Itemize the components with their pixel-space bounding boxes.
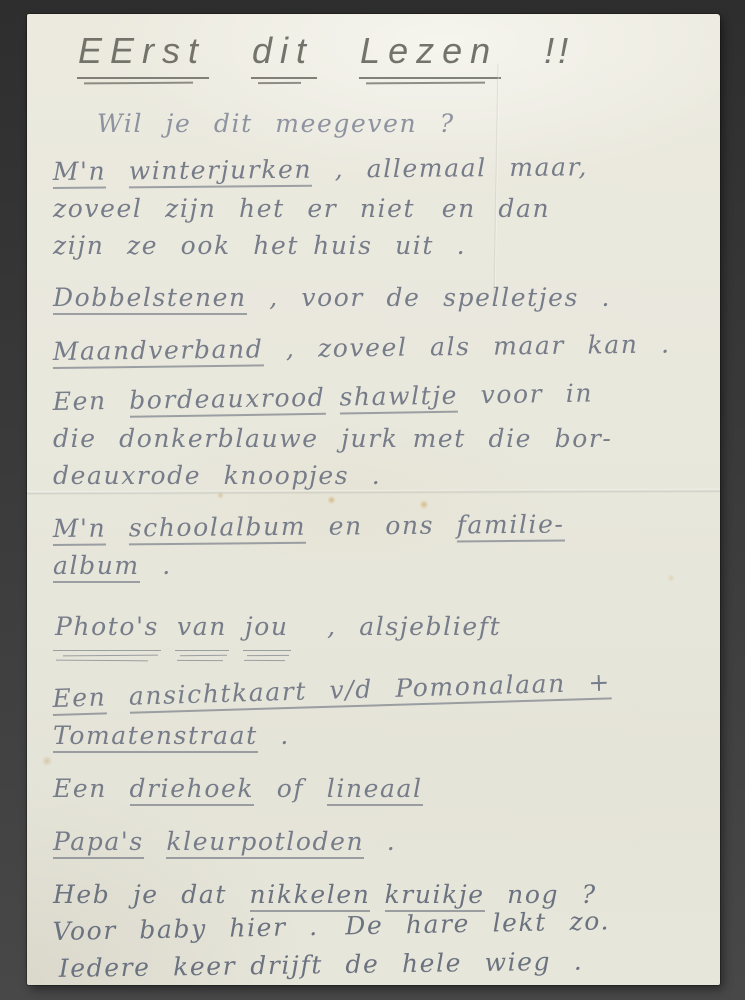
underlined-text: Een bbox=[52, 682, 107, 716]
underlined-text: schoolalbum bbox=[129, 512, 307, 546]
handwritten-line: album . bbox=[53, 547, 700, 584]
text-segment: . bbox=[258, 721, 290, 750]
underlined-text: kleurpotloden bbox=[166, 827, 364, 859]
paragraph: M'n schoolalbum en ons familie-album . bbox=[53, 510, 700, 584]
paragraph: Photo'svanjou , alsjeblieft bbox=[53, 607, 700, 651]
underlined-text: driehoek bbox=[130, 774, 255, 806]
letter-body: Wil je dit meegeven ?M'n winterjurken , … bbox=[41, 105, 700, 987]
paragraph: Een bordeauxrood shawltje voor indie don… bbox=[53, 383, 700, 494]
handwritten-line: Een ansichtkaart v/d Pomonalaan + bbox=[52, 661, 700, 717]
underlined-text: jou bbox=[243, 607, 291, 651]
paragraph: M'n winterjurken , allemaal maar,zoveel … bbox=[53, 153, 700, 264]
text-segment: voor in bbox=[458, 379, 593, 410]
handwritten-line: Dobbelstenen , voor de spelletjes . bbox=[53, 279, 700, 316]
heading-word: Lezen bbox=[359, 30, 501, 79]
photo-backdrop: EErstditLezen!! Wil je dit meegeven ?M'n… bbox=[0, 0, 745, 1000]
handwritten-line: M'n winterjurken , allemaal maar, bbox=[53, 147, 700, 190]
paragraph: Maandverband , zoveel als maar kan . bbox=[53, 333, 700, 370]
paragraph: Heb je dat nikkelen kruikje nog ?Voor ba… bbox=[53, 876, 700, 987]
text-segment: , allemaal maar, bbox=[312, 152, 588, 183]
underlined-text: Photo's bbox=[53, 607, 161, 651]
text-segment: zijn ze ook het huis uit . bbox=[53, 231, 466, 260]
text-segment bbox=[106, 156, 129, 185]
underlined-text: lineaal bbox=[327, 774, 423, 806]
paragraph: Papa's kleurpotloden . bbox=[53, 823, 700, 860]
text-segment: Voor baby hier . De hare lekt zo. bbox=[52, 906, 610, 946]
paragraph: Dobbelstenen , voor de spelletjes . bbox=[53, 279, 700, 316]
heading-word: dit bbox=[251, 30, 317, 79]
text-segment: , alsjeblieft bbox=[305, 612, 502, 641]
handwritten-line: Iedere keer drijft de hele wieg . bbox=[52, 941, 699, 987]
paragraph: Een driehoek of lineaal bbox=[53, 770, 700, 807]
handwritten-line: deauxrode knoopjes . bbox=[53, 457, 700, 494]
underlined-text: familie- bbox=[456, 510, 564, 543]
handwritten-line: Maandverband , zoveel als maar kan . bbox=[53, 325, 700, 370]
underlined-text: ansichtkaart v/d Pomonalaan + bbox=[128, 667, 611, 713]
text-segment: . bbox=[140, 551, 172, 580]
underlined-text: M'n bbox=[53, 514, 107, 546]
underlined-text: winterjurken bbox=[129, 155, 313, 189]
text-segment bbox=[325, 382, 340, 411]
handwritten-line: Photo'svanjou , alsjeblieft bbox=[53, 607, 700, 651]
text-segment: , zoveel als maar kan . bbox=[263, 329, 671, 363]
underlined-text: album bbox=[53, 551, 140, 583]
underlined-text: van bbox=[175, 607, 229, 651]
text-segment: deauxrode knoopjes . bbox=[53, 461, 381, 490]
handwritten-line: die donkerblauwe jurk met die bor- bbox=[53, 420, 700, 457]
text-segment: Een bbox=[52, 386, 129, 416]
handwritten-line: Wil je dit meegeven ? bbox=[97, 105, 700, 142]
underlined-text: shawltje bbox=[339, 381, 458, 415]
text-segment: , voor de spelletjes . bbox=[247, 283, 611, 312]
letter-heading: EErstditLezen!! bbox=[41, 30, 700, 79]
handwritten-line: M'n schoolalbum en ons familie- bbox=[53, 504, 700, 547]
paragraph: Wil je dit meegeven ? bbox=[53, 105, 700, 142]
underlined-text: Tomatenstraat bbox=[53, 721, 258, 753]
text-segment bbox=[106, 682, 129, 712]
text-segment bbox=[144, 827, 167, 856]
text-segment: en ons bbox=[306, 510, 457, 540]
handwritten-line: zoveel zijn het er niet en dan bbox=[53, 190, 700, 227]
text-segment: Wil je dit meegeven ? bbox=[97, 109, 455, 138]
text-segment: Heb je dat bbox=[53, 880, 250, 909]
underlined-text: Maandverband bbox=[53, 334, 264, 369]
handwritten-line: Papa's kleurpotloden . bbox=[53, 823, 700, 860]
handwritten-line: Tomatenstraat . bbox=[53, 717, 700, 754]
text-segment: Een bbox=[53, 774, 130, 803]
heading-word: EErst bbox=[77, 30, 209, 79]
handwritten-line: Een driehoek of lineaal bbox=[53, 770, 700, 807]
underlined-text: bordeauxrood bbox=[129, 383, 326, 418]
paragraph: Een ansichtkaart v/d Pomonalaan +Tomaten… bbox=[53, 680, 700, 754]
text-segment: . bbox=[364, 827, 396, 856]
handwritten-line: zijn ze ook het huis uit . bbox=[53, 227, 700, 264]
text-segment: of bbox=[254, 774, 327, 803]
underlined-text: M'n bbox=[53, 157, 107, 189]
handwritten-line: Een bordeauxrood shawltje voor in bbox=[52, 373, 700, 420]
text-segment: Iedere keer drijft de hele wieg . bbox=[59, 947, 584, 983]
underlined-text: Papa's bbox=[53, 827, 144, 859]
text-segment bbox=[370, 880, 384, 909]
heading-word: !! bbox=[543, 30, 575, 77]
text-segment bbox=[106, 513, 129, 542]
letter-page: EErstditLezen!! Wil je dit meegeven ?M'n… bbox=[27, 14, 720, 985]
underlined-text: Dobbelstenen bbox=[53, 283, 247, 315]
text-segment: zoveel zijn het er niet en dan bbox=[53, 194, 550, 223]
text-segment: die donkerblauwe jurk met die bor- bbox=[53, 424, 612, 453]
